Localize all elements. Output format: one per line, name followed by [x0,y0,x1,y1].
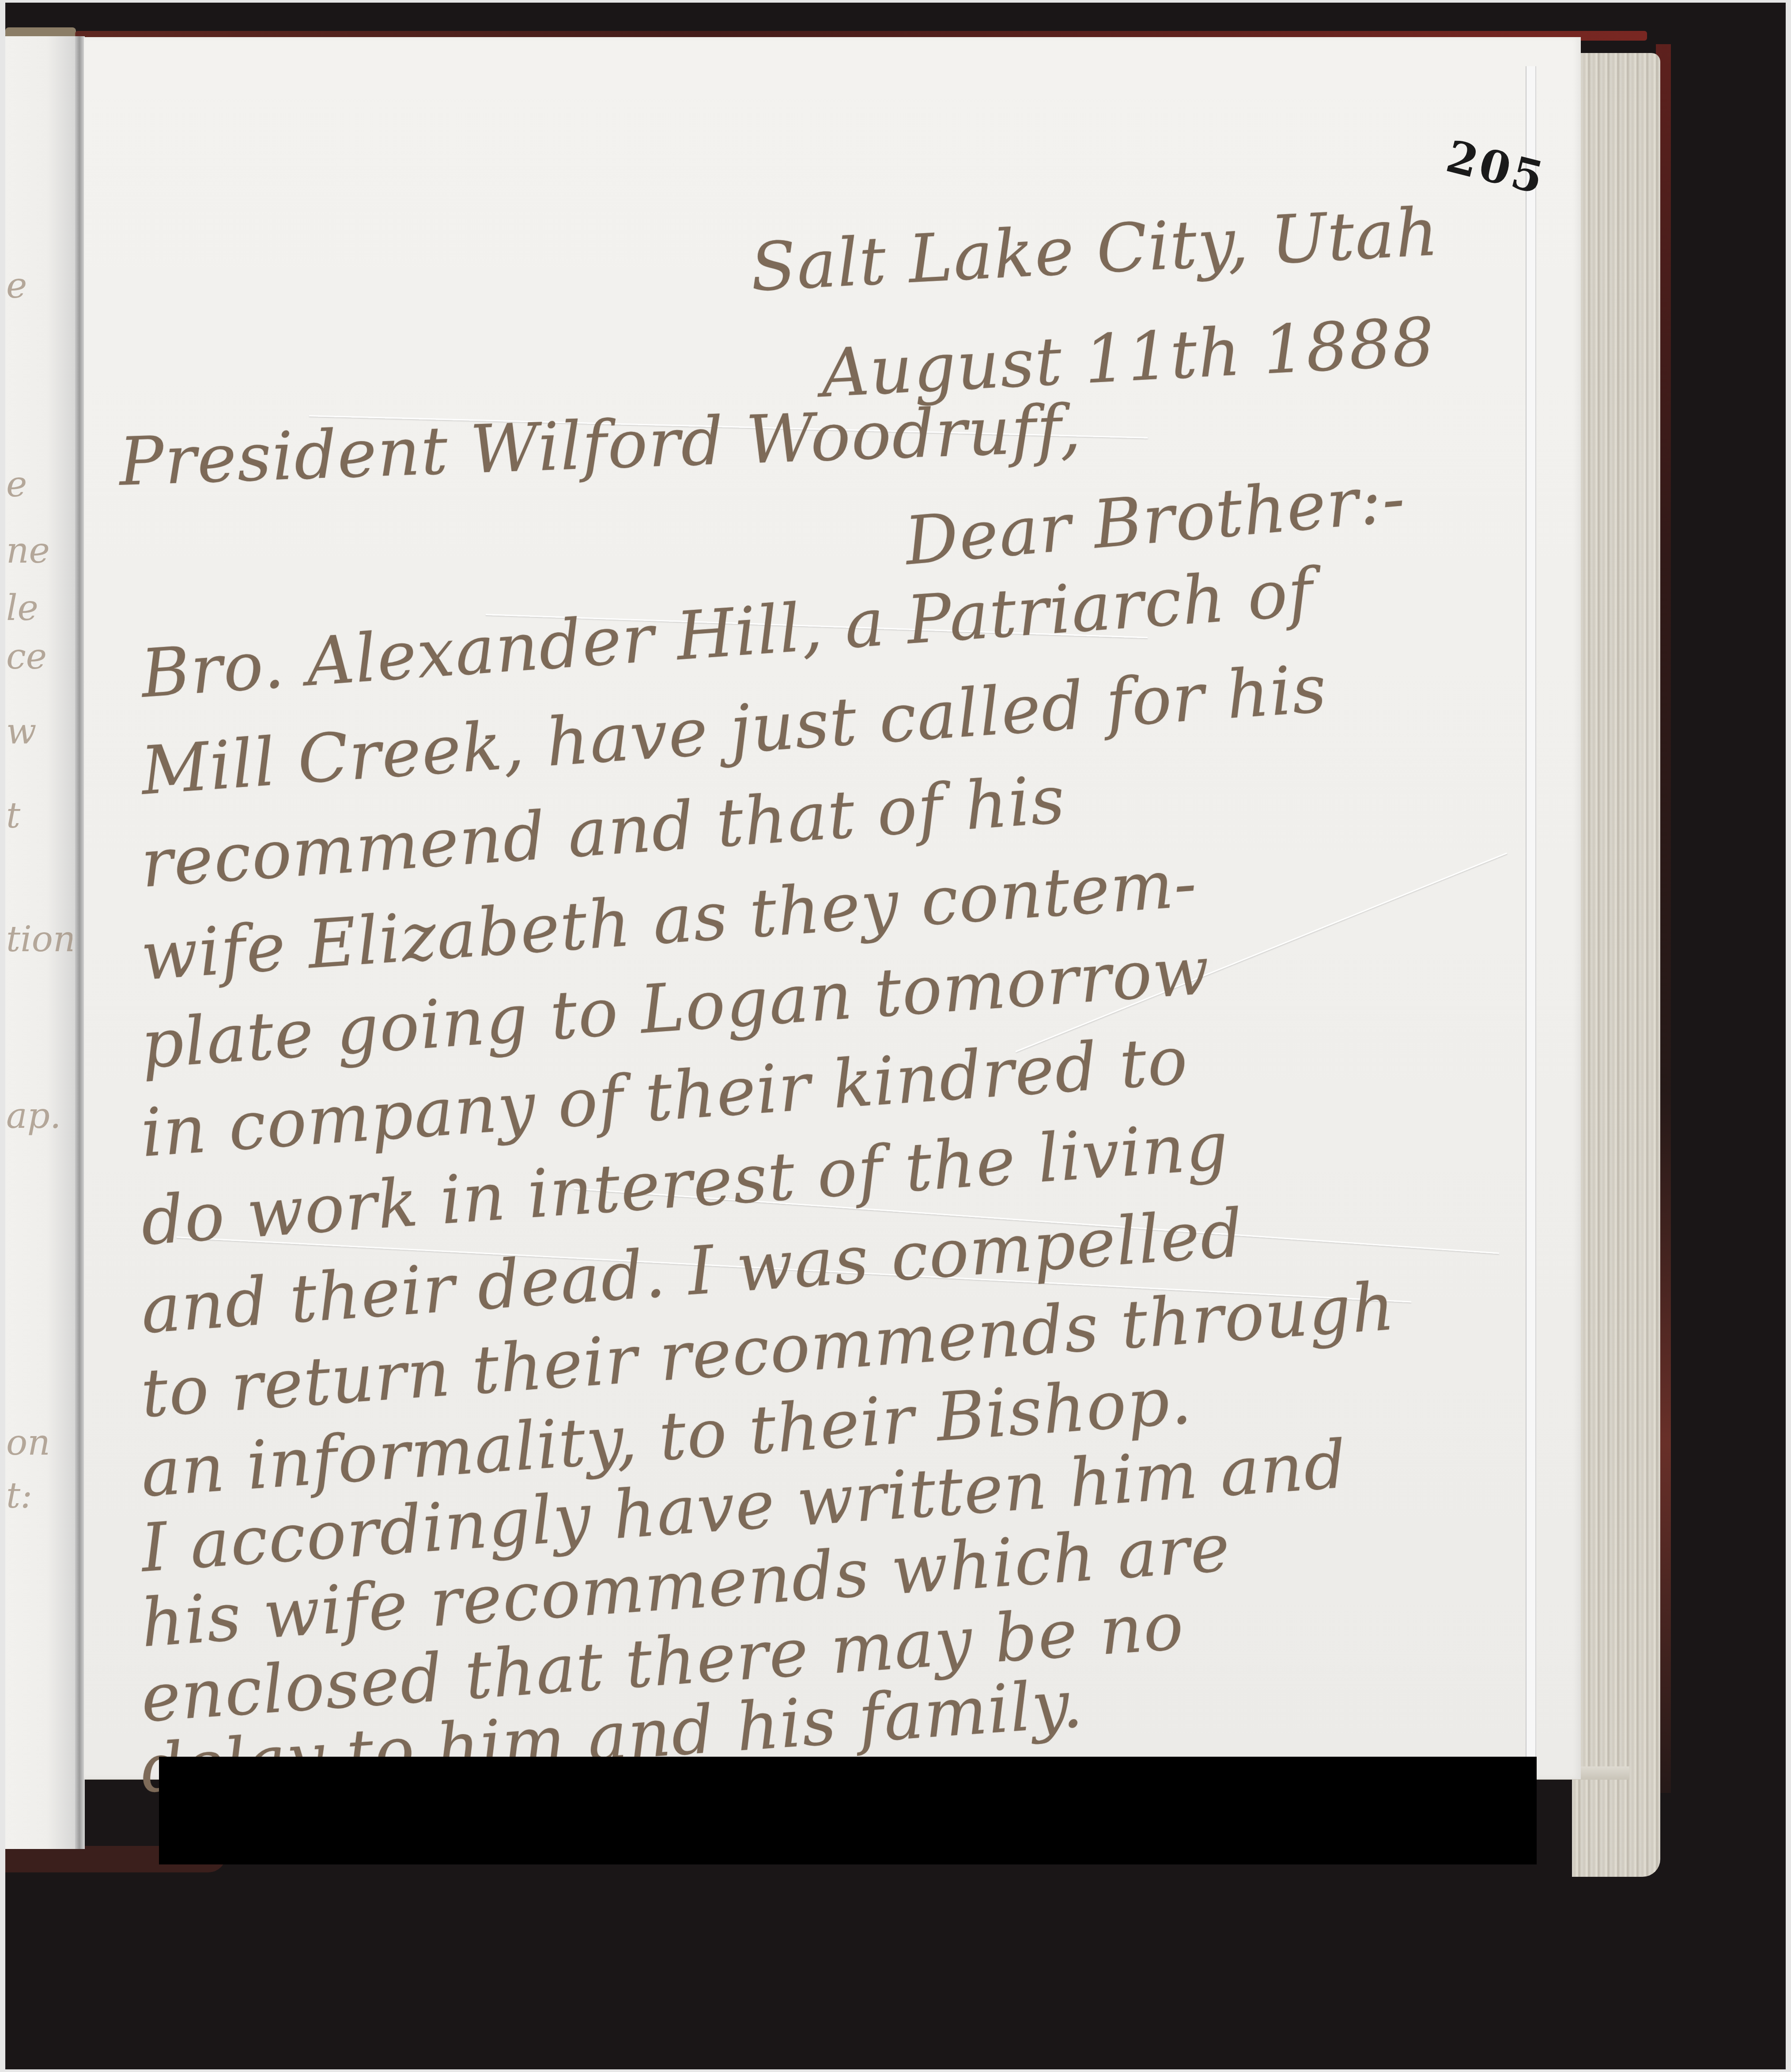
left-page-fragment: tion [6,919,72,960]
left-page-fragment: ap. [6,1095,72,1136]
left-page-fragment: w [6,711,72,752]
left-page-fragment: e [6,464,72,505]
page-stack-edges [1572,53,1660,1877]
book-gutter [75,36,85,1849]
left-page-fragment: ne [6,530,72,571]
left-page-fragment: le [6,587,72,628]
left-page-fragment: ce [6,636,72,677]
page-inner-edge [1526,66,1536,1758]
redaction-bar [159,1757,1537,1864]
left-page-fragment: on [6,1422,72,1463]
left-page-fragment: e [6,265,72,306]
left-page-fragment: t: [6,1475,72,1516]
left-page-fragment: t [6,795,72,836]
